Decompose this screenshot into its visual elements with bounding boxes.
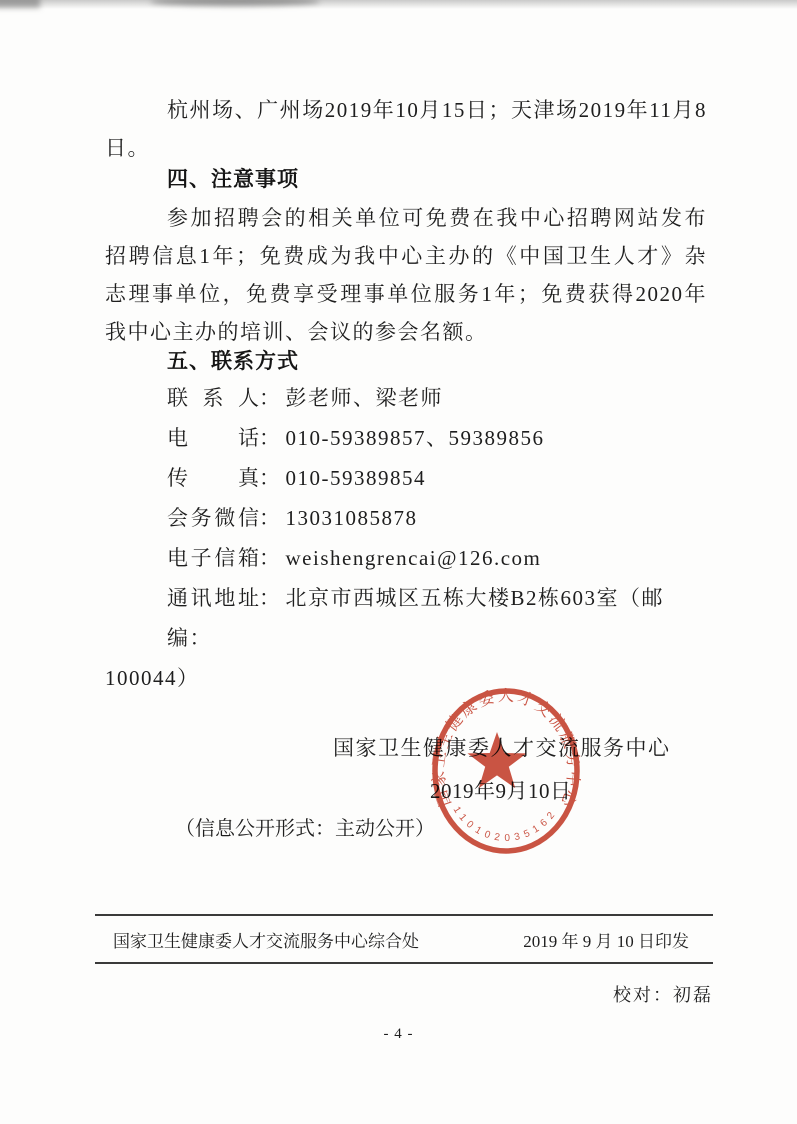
text-line: 参加招聘会的相关单位可免费在我中心招聘网站发布	[105, 199, 707, 237]
contact-value: 010-59389857、59389856	[286, 426, 545, 450]
contact-colon: ：	[259, 538, 282, 578]
contact-row: 电话：010-59389857、59389856	[105, 418, 707, 458]
proofreader-note: 校对：初磊	[613, 981, 713, 1007]
contact-value: 彭老师、梁老师	[286, 386, 444, 410]
contact-label: 传真	[167, 458, 259, 498]
imprint-print-date: 2019 年 9 月 10 日印发	[523, 927, 689, 952]
contact-row: 电子信箱：weishengrencai@126.com	[105, 538, 707, 578]
contact-value: 010-59389854	[286, 466, 427, 490]
contact-colon: ：	[259, 458, 282, 498]
seal-star-icon	[468, 732, 527, 788]
contact-list: 联系人：彭老师、梁老师电话：010-59389857、59389856传真：01…	[105, 378, 707, 698]
contact-colon: ：	[259, 578, 282, 618]
text-line: 杭州场、广州场2019年10月15日；天津场2019年11月8	[105, 91, 707, 129]
contact-value: weishengrencai@126.com	[286, 546, 542, 570]
contact-colon: ：	[259, 378, 282, 418]
text-line: 招聘信息1年；免费成为我中心主办的《中国卫生人才》杂	[105, 237, 707, 275]
contact-value: 13031085878	[286, 506, 418, 530]
notes-paragraph: 参加招聘会的相关单位可免费在我中心招聘网站发布招聘信息1年；免费成为我中心主办的…	[105, 199, 707, 351]
text-line: 志理事单位，免费享受理事单位服务1年；免费获得2020年	[105, 275, 707, 313]
seal-ring-text: 国家卫生健康委人才交流服务中心	[430, 687, 583, 810]
imprint-row: 国家卫生健康委人才交流服务中心综合处 2019 年 9 月 10 日印发	[95, 916, 713, 962]
imprint-issuer: 国家卫生健康委人才交流服务中心综合处	[113, 927, 419, 952]
contact-label: 通讯地址	[167, 578, 259, 618]
document-page: 杭州场、广州场2019年10月15日；天津场2019年11月8日。 四、注意事项…	[0, 0, 797, 1124]
contact-row: 联系人：彭老师、梁老师	[105, 378, 707, 418]
contact-label: 联系人	[167, 378, 259, 418]
contact-label: 电话	[167, 418, 259, 458]
contact-row: 传真：010-59389854	[105, 458, 707, 498]
scan-smudge	[0, 0, 40, 8]
contact-colon: ：	[259, 418, 282, 458]
contact-label: 电子信箱	[167, 538, 259, 578]
scan-smudge	[0, 0, 797, 9]
section-heading-notes: 四、注意事项	[167, 161, 299, 199]
page-number: - 4 -	[0, 1026, 797, 1043]
contact-colon: ：	[259, 498, 282, 538]
contact-row: 会务微信：13031085878	[105, 498, 707, 538]
continued-paragraph: 杭州场、广州场2019年10月15日；天津场2019年11月8日。	[105, 91, 707, 167]
section-heading-contact: 五、联系方式	[167, 343, 299, 381]
official-seal: 国家卫生健康委人才交流服务中心 1101020351625	[406, 666, 606, 876]
disclosure-note: （信息公开形式：主动公开）	[175, 812, 435, 841]
contact-label: 会务微信	[167, 498, 259, 538]
footer-rule	[95, 962, 713, 964]
